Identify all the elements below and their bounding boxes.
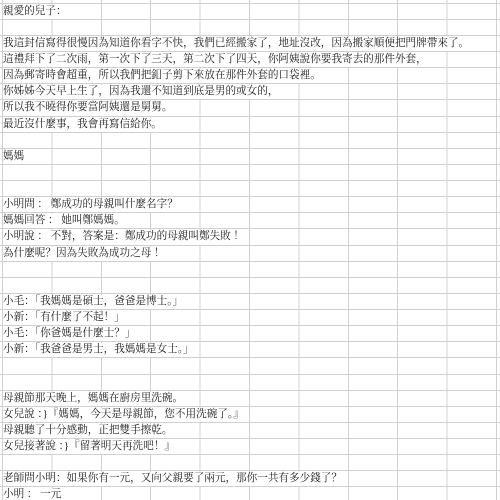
sheet-row[interactable]: 為什麼呢？因為失敗為成功之母 ！: [0, 246, 500, 262]
cell-text: 母親節那天晚上，媽媽在廚房里洗碗。: [3, 392, 185, 406]
sheet-row[interactable]: 小毛：「你爸媽是什麼士？」: [0, 326, 500, 342]
sheet-row[interactable]: [0, 278, 500, 294]
sheet-row[interactable]: [0, 181, 500, 197]
sheet-row[interactable]: 小新：「有什麼了不起！」: [0, 310, 500, 326]
sheet-row[interactable]: [0, 358, 500, 374]
cell-text: 小毛：「你爸媽是什麼士？」: [3, 327, 137, 341]
cell-text: 老師問小明：如果你有一元，又向父親要了兩元，那你一共有多少錢了？: [3, 472, 344, 486]
cell-text: 媽媽: [3, 150, 26, 164]
sheet-row[interactable]: 小明說 ： 不對，答案是：鄭成功的母親叫鄭失敗 ！: [0, 229, 500, 245]
cell-text: 所以我不曉得你要當阿姨還是舅舅。: [3, 101, 175, 115]
sheet-row[interactable]: 我這封信寫得很慢因為知道你看字不快，我們已經搬家了，地址沒改，因為搬家順便把門牌…: [0, 36, 500, 52]
cell-text: 媽媽回答 ： 她叫鄭媽媽。: [3, 214, 127, 228]
cell-text: 小明問 ： 鄭成功的母親叫什麼名字？: [3, 198, 180, 212]
cell-text: 女兒接著說 ：}『留著明天再洗吧！』: [3, 440, 177, 454]
cell-text: 小明 ： 一元: [3, 488, 63, 500]
sheet-row[interactable]: 小毛：「我媽媽是碩士，爸爸是博士。」: [0, 294, 500, 310]
sheet-row[interactable]: 媽媽回答 ： 她叫鄭媽媽。: [0, 213, 500, 229]
sheet-row[interactable]: [0, 165, 500, 181]
sheet-row[interactable]: 女兒接著說 ：}『留著明天再洗吧！』: [0, 439, 500, 455]
sheet-row[interactable]: 親愛的兒子：: [0, 4, 500, 20]
sheet-row[interactable]: 小明 ： 一元: [0, 487, 500, 500]
cell-text: 這禮拜下了二次雨，第一次下了三天，第二次下了四天，你阿姨說你要我寄去的那件外套，: [3, 53, 429, 67]
spreadsheet-grid: 親愛的兒子：我這封信寫得很慢因為知道你看字不快，我們已經搬家了，地址沒改，因為搬…: [0, 0, 500, 500]
sheet-row[interactable]: 小明問 ： 鄭成功的母親叫什麼名字？: [0, 197, 500, 213]
cell-text: 親愛的兒子：: [3, 5, 69, 19]
sheet-row[interactable]: [0, 20, 500, 36]
cell-text: 小明說 ： 不對，答案是：鄭成功的母親叫鄭失敗 ！: [3, 230, 246, 244]
cell-text: 因為郵寄時會超重，所以我們把釦子剪下來放在那件外套的口袋裡。: [3, 69, 323, 83]
sheet-row[interactable]: [0, 133, 500, 149]
cell-text: 為什麼呢？因為失敗為成功之母 ！: [3, 247, 167, 261]
sheet-rows: 親愛的兒子：我這封信寫得很慢因為知道你看字不快，我們已經搬家了，地址沒改，因為搬…: [0, 4, 500, 500]
sheet-row[interactable]: 母親聽了十分感動，正把雙手擦乾。: [0, 423, 500, 439]
sheet-row[interactable]: 因為郵寄時會超重，所以我們把釦子剪下來放在那件外套的口袋裡。: [0, 68, 500, 84]
cell-text: 小新：「我爸爸是男士，我媽媽是女士。」: [3, 343, 196, 357]
sheet-row[interactable]: 媽媽: [0, 149, 500, 165]
sheet-row[interactable]: 這禮拜下了二次雨，第一次下了三天，第二次下了四天，你阿姨說你要我寄去的那件外套，: [0, 52, 500, 68]
sheet-row[interactable]: [0, 375, 500, 391]
sheet-row[interactable]: 最近沒什麼事，我會再寫信給你。: [0, 117, 500, 133]
sheet-row[interactable]: 女兒說 ：}『媽媽，今天是母親節，您不用洗碗了。』: [0, 407, 500, 423]
cell-text: 小毛：「我媽媽是碩士，爸爸是博士。」: [3, 295, 185, 309]
cell-text: 我這封信寫得很慢因為知道你看字不快，我們已經搬家了，地址沒改，因為搬家順便把門牌…: [3, 37, 471, 51]
sheet-row[interactable]: 所以我不曉得你要當阿姨還是舅舅。: [0, 100, 500, 116]
cell-text: 你姊姊今天早上生了，因為我還不知道到底是男的或女的，: [3, 85, 280, 99]
sheet-row[interactable]: [0, 262, 500, 278]
cell-text: 母親聽了十分感動，正把雙手擦乾。: [3, 424, 175, 438]
sheet-row[interactable]: [0, 455, 500, 471]
sheet-row[interactable]: 老師問小明：如果你有一元，又向父親要了兩元，那你一共有多少錢了？: [0, 471, 500, 487]
sheet-row[interactable]: 你姊姊今天早上生了，因為我還不知道到底是男的或女的，: [0, 84, 500, 100]
sheet-row[interactable]: 小新：「我爸爸是男士，我媽媽是女士。」: [0, 342, 500, 358]
cell-text: 最近沒什麼事，我會再寫信給你。: [3, 118, 164, 132]
cell-text: 女兒說 ：}『媽媽，今天是母親節，您不用洗碗了。』: [3, 408, 246, 422]
sheet-row[interactable]: 母親節那天晚上，媽媽在廚房里洗碗。: [0, 391, 500, 407]
cell-text: 小新：「有什麼了不起！」: [3, 311, 127, 325]
